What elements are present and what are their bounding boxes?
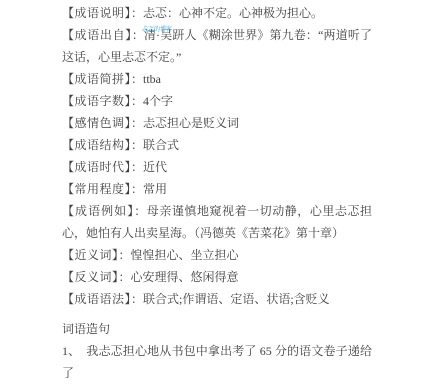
entry-label: 【常用程度】 — [62, 182, 131, 196]
entry-label: 【成语时代】 — [62, 160, 131, 174]
entry-label: 【成语语法】 — [62, 292, 131, 306]
entry-structure: 【成语结构】：联合式 — [62, 134, 372, 156]
entry-label: 【成语说明】 — [62, 6, 131, 20]
entry-label: 【感情色调】 — [62, 116, 131, 130]
entry-label: 【反义词】 — [62, 270, 119, 284]
entry-value: ：常用 — [131, 182, 167, 196]
entry-era: 【成语时代】：近代 — [62, 156, 372, 178]
entry-value: ：心安理得、悠闲得意 — [119, 270, 239, 284]
entry-label: 【成语简拼】 — [62, 72, 131, 86]
entry-label: 【成语结构】 — [62, 138, 131, 152]
entry-antonyms: 【反义词】：心安理得、悠闲得意 — [62, 266, 372, 288]
entry-label: 【成语例如】 — [62, 204, 134, 218]
entry-source: 【成语出自】：忐忑的博客清·吴趼人《糊涂世界》第九卷：“两道听了这话，心里忐忑不… — [62, 24, 372, 68]
section-title-sentence-making: 词语造句 — [62, 318, 372, 340]
idiom-entry-list: 【成语说明】：忐忑：心神不定。心神极为担心。 【成语出自】：忐忑的博客清·吴趼人… — [62, 2, 372, 340]
entry-grammar: 【成语语法】：联合式;作谓语、定语、状语;含贬义 — [62, 288, 372, 310]
inline-annotation-link[interactable]: 忐忑的博客 — [142, 27, 172, 33]
entry-usage-frequency: 【常用程度】：常用 — [62, 178, 372, 200]
entry-value: ：联合式;作谓语、定语、状语;含贬义 — [131, 292, 330, 306]
entry-label: 【成语出自】 — [62, 28, 132, 42]
entry-value: ：联合式 — [131, 138, 179, 152]
entry-value: ：惶惶担心、坐立担心 — [119, 248, 239, 262]
entry-value: ：4个字 — [131, 94, 173, 108]
entry-abbreviation: 【成语简拼】：ttba — [62, 68, 372, 90]
entry-label: 【近义词】 — [62, 248, 119, 262]
entry-value: ：近代 — [131, 160, 167, 174]
annotated-word: 忐忑的博客清 — [144, 24, 156, 46]
entry-char-count: 【成语字数】：4个字 — [62, 90, 372, 112]
entry-label: 【成语字数】 — [62, 94, 131, 108]
entry-example: 【成语例如】：母亲谨慎地窥视着一切动静，心里忐忑担心，她怕有人出卖星海。（冯德英… — [62, 200, 372, 244]
entry-synonyms: 【近义词】：惶惶担心、坐立担心 — [62, 244, 372, 266]
entry-explanation: 【成语说明】：忐忑：心神不定。心神极为担心。 — [62, 2, 372, 24]
entry-value: ：ttba — [131, 72, 161, 86]
entry-value: ：忐忑：心神不定。心神极为担心。 — [131, 6, 323, 20]
entry-emotional-tone: 【感情色调】：忐忑担心是贬义词 — [62, 112, 372, 134]
entry-value: ：忐忑担心是贬义词 — [131, 116, 239, 130]
